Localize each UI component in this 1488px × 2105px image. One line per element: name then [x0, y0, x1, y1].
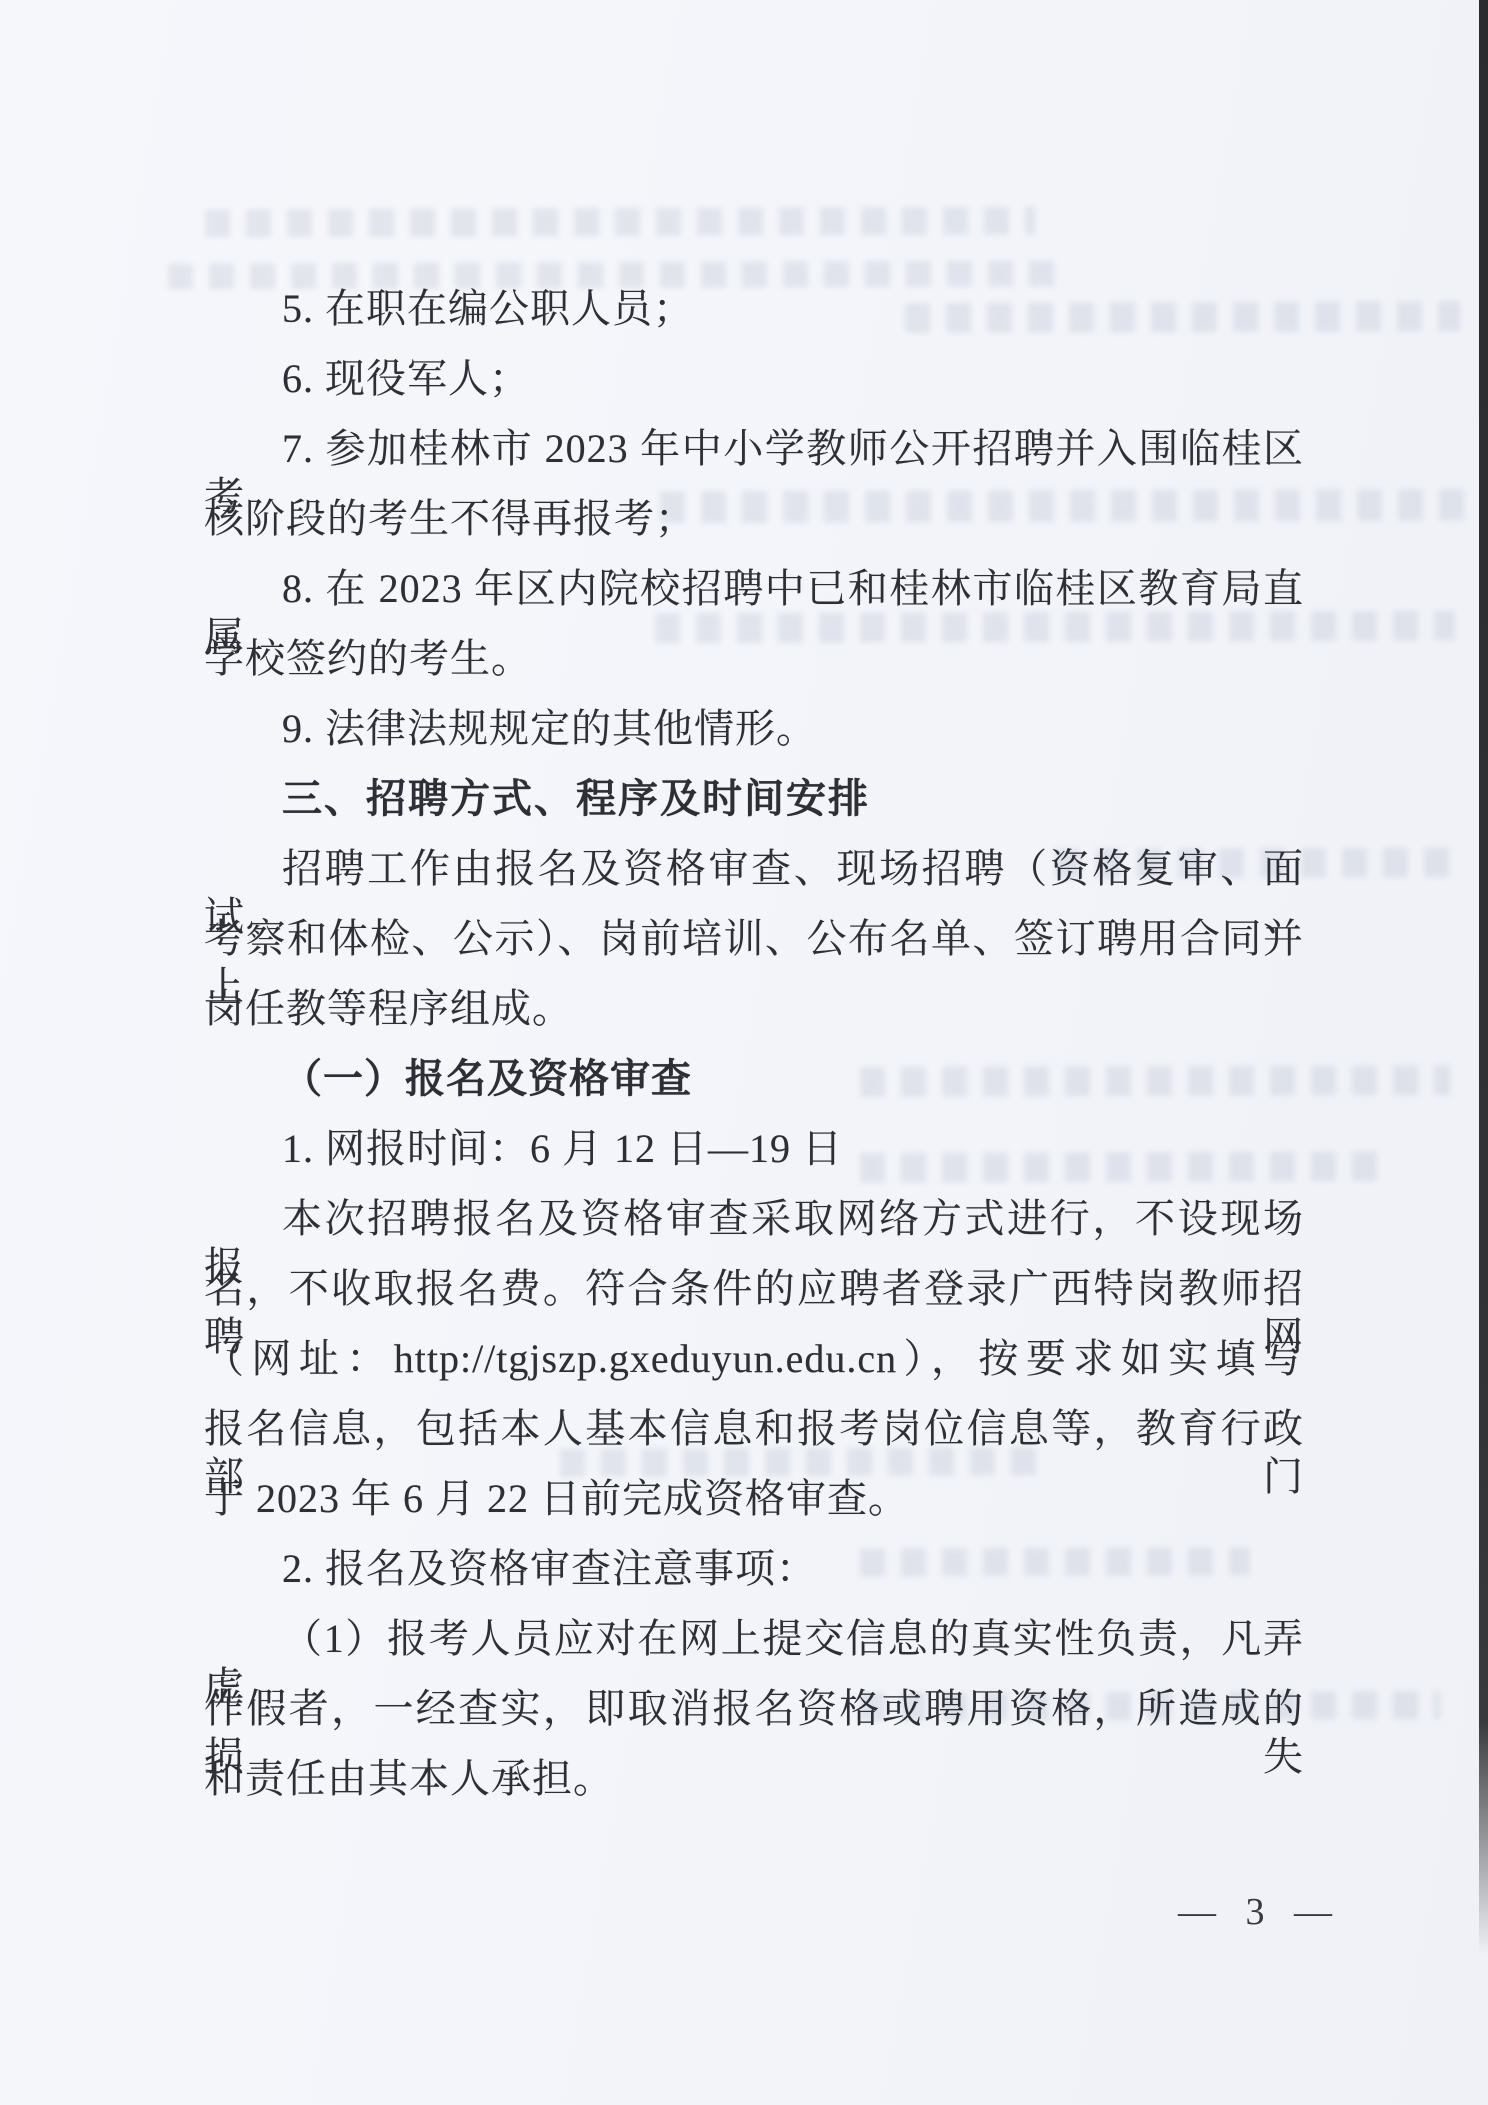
bleedthrough-smudge [205, 207, 1035, 238]
text-line: 2. 报名及资格审查注意事项： [204, 1545, 1304, 1593]
page-number: — 3 — [1178, 1890, 1342, 1934]
text-line: 岗任教等程序组成。 [204, 985, 1304, 1033]
text-line: 6. 现役军人； [204, 355, 1304, 403]
scanned-document-page: 5. 在职在编公职人员；6. 现役军人；7. 参加桂林市 2023 年中小学教师… [0, 0, 1488, 2105]
text-line: 于 2023 年 6 月 22 日前完成资格审查。 [204, 1475, 1304, 1523]
text-line: 5. 在职在编公职人员； [204, 285, 1304, 333]
text-line: 学校签约的考生。 [204, 635, 1304, 683]
text-line: （一）报名及资格审查 [204, 1055, 1304, 1103]
text-line: 9. 法律法规规定的其他情形。 [204, 705, 1304, 753]
scan-edge-shadow [1479, 0, 1488, 1955]
text-line: 和责任由其本人承担。 [204, 1755, 1304, 1803]
text-line: 核阶段的考生不得再报考； [204, 495, 1304, 543]
text-line: 三、招聘方式、程序及时间安排 [204, 775, 1304, 823]
text-line: （网址：http://tgjszp.gxeduyun.edu.cn），按要求如实… [204, 1335, 1304, 1383]
text-line: 1. 网报时间：6 月 12 日—19 日 [204, 1125, 1304, 1173]
